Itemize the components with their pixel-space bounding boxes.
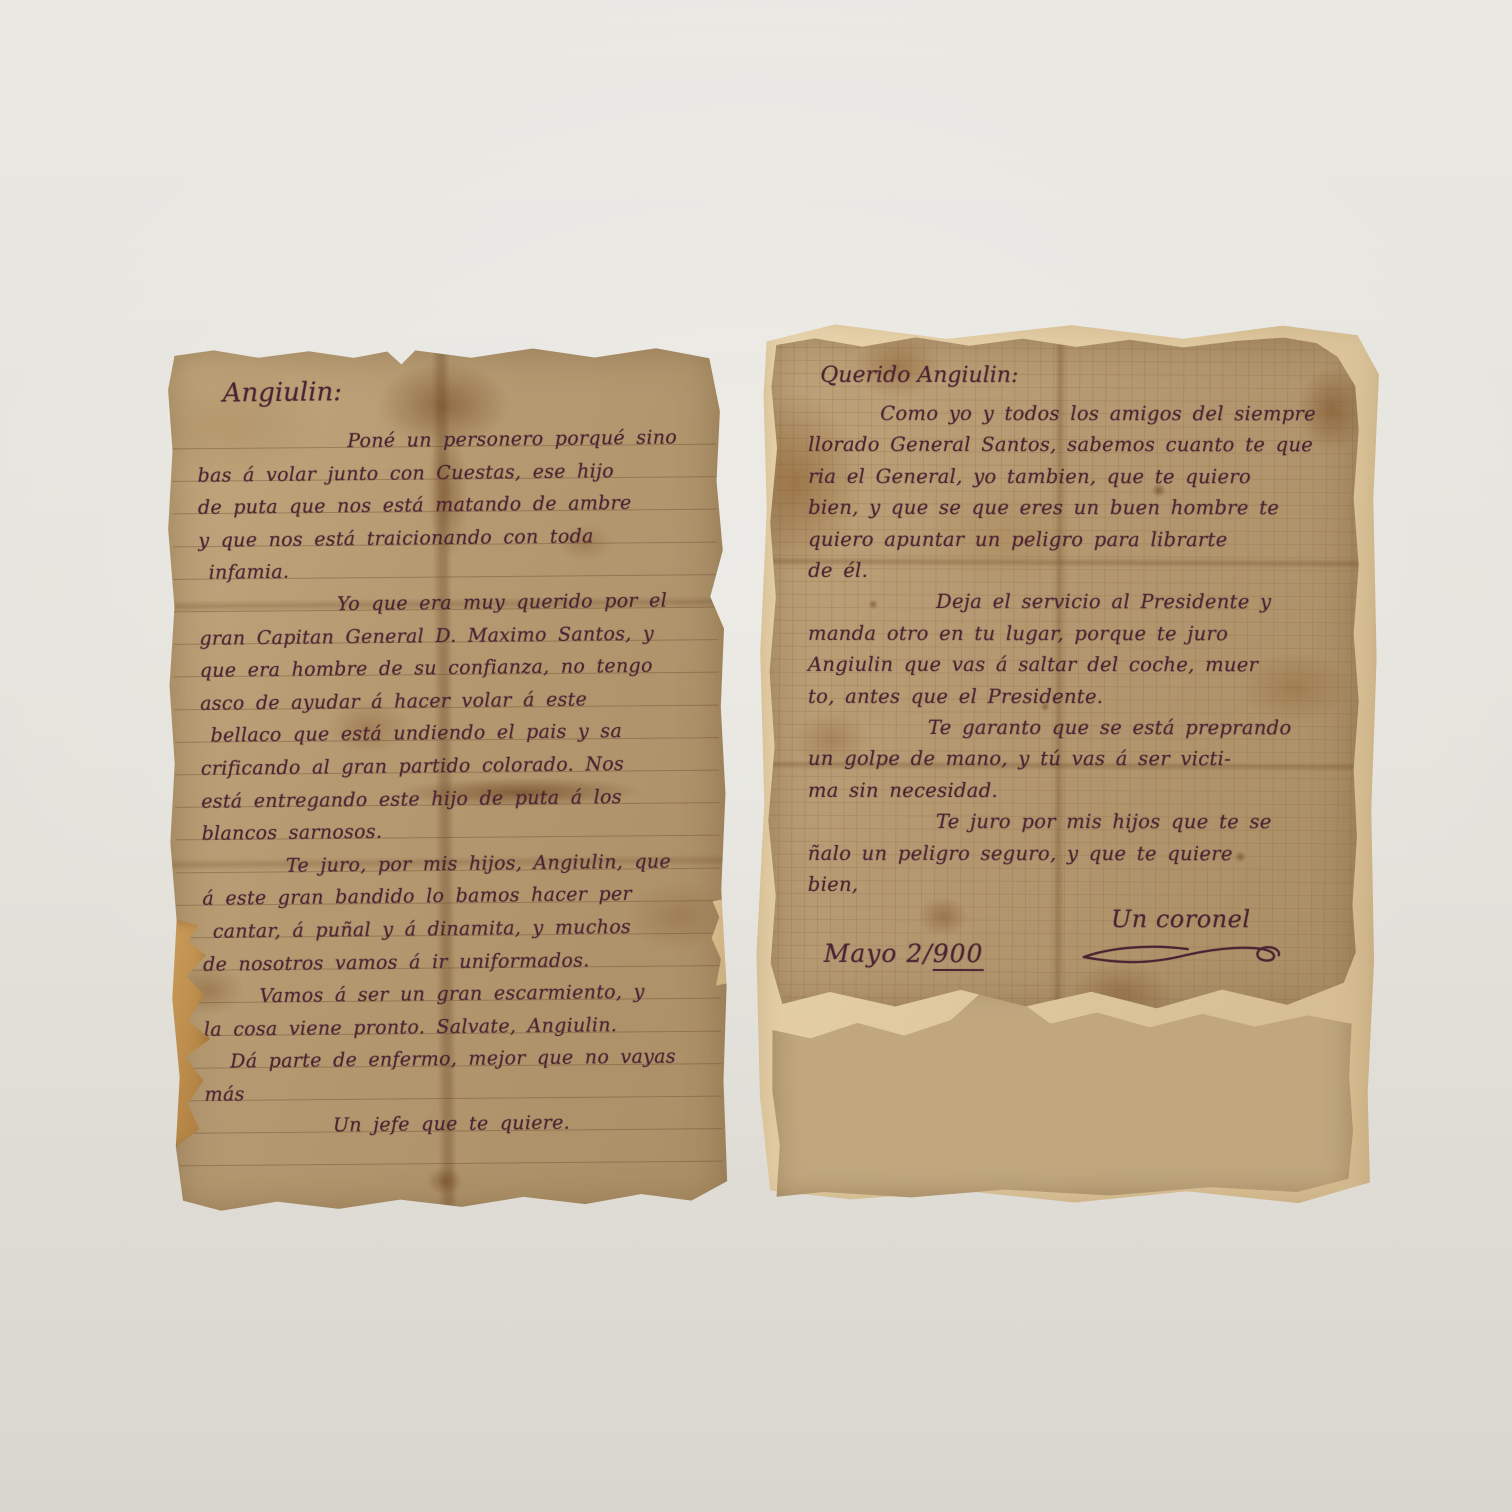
letter-line: ñalo un peligro seguro, y que te quiere	[808, 838, 1346, 870]
date-year: 900	[933, 938, 984, 970]
right-letter-text: Querido Angiulin: Como yo y todos los am…	[808, 358, 1347, 971]
left-letter-page: Angiulin: Poné un personero porqué sino …	[163, 342, 731, 1217]
letter-line: to, antes que el Presidente.	[808, 680, 1346, 712]
letter-line: Vamos á ser un gran escarmiento, y	[203, 975, 705, 1013]
right-letter-page: Querido Angiulin: Como yo y todos los am…	[765, 333, 1362, 1014]
letter-line: que era hombre de su confianza, no tengo	[200, 649, 702, 687]
letter-line: bien, y que se que eres un buen hombre t…	[808, 492, 1346, 524]
letter-line: Te juro por mis hijos que te se	[808, 806, 1346, 838]
letter-line: Te garanto que se está preprando	[808, 712, 1346, 744]
letter-line: quiero apuntar un peligro para librarte	[808, 523, 1346, 555]
letter-line: bien,	[808, 869, 1346, 901]
photo-backdrop: Angiulin: Poné un personero porqué sino …	[0, 0, 1512, 1512]
letter-salutation: Angiulin:	[196, 367, 698, 415]
signature-row: Mayo 2/900 Un coronel	[808, 900, 1346, 970]
letter-line: de puta que nos está matando de ambre	[198, 486, 700, 524]
signature-line: Un coronel	[1076, 905, 1286, 933]
signature-block: Un coronel	[1076, 905, 1286, 971]
letter-line: ma sin necesidad.	[808, 775, 1346, 807]
letter-line: manda otro en tu lugar, porque te juro	[808, 618, 1346, 650]
letter-closing: Un jefe que te quiere.	[205, 1106, 707, 1144]
date-line: Mayo 2/900	[824, 938, 984, 967]
letter-line: llorado General Santos, sabemos cuanto t…	[808, 429, 1346, 461]
letter-line: Dá parte de enfermo, mejor que no vayas	[204, 1040, 706, 1078]
left-letter-text: Angiulin: Poné un personero porqué sino …	[196, 367, 707, 1144]
letter-line: un golpe de mano, y tú vas á ser victi-	[808, 743, 1346, 775]
letter-line: de él.	[808, 555, 1346, 587]
date-prefix: Mayo 2/	[824, 938, 933, 967]
signature-flourish	[1076, 935, 1286, 971]
letter-line: Como yo y todos los amigos del siempre	[808, 398, 1346, 430]
letter-line: Deja el servicio al Presidente y	[808, 586, 1346, 618]
letter-line: cantar, á puñal y á dinamita, y muchos	[203, 910, 705, 948]
paper-fragment	[710, 897, 737, 985]
letter-salutation: Querido Angiulin:	[808, 358, 1346, 394]
letter-line: ria el General, yo tambien, que te quier…	[808, 461, 1346, 493]
letter-line: Yo que era muy querido por el	[199, 584, 701, 622]
letter-line: Angiulin que vas á saltar del coche, mue…	[808, 649, 1346, 681]
letter-line: Poné un personero porqué sino	[197, 421, 699, 459]
